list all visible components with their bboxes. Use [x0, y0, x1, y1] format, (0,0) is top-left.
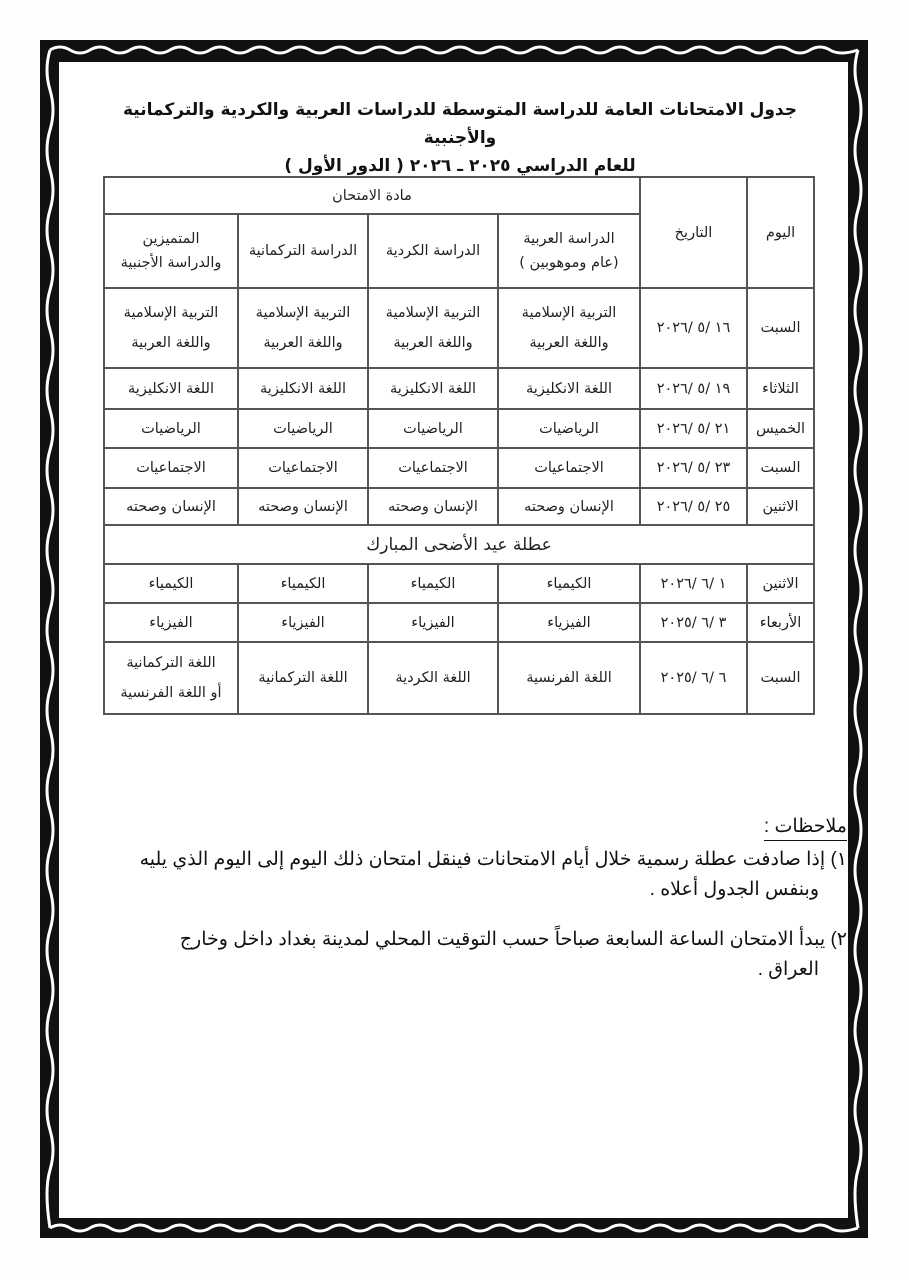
cell-day: السبت [747, 642, 814, 714]
header-arabic-study: الدراسة العربية (عام وموهوبين ) [498, 214, 640, 288]
table-row: الاثنين ٢٥ /٥ /٢٠٢٦ الإنسان وصحته الإنسا… [104, 488, 814, 525]
header-foreign-study: المتميزين والدراسة الأجنبية [104, 214, 238, 288]
cell-arabic: اللغة الانكليزية [498, 368, 640, 409]
cell-turkmen: الكيمياء [238, 564, 368, 603]
cell-day: الأربعاء [747, 603, 814, 642]
cell-kurdish: الإنسان وصحته [368, 488, 498, 525]
cell-kurdish: الكيمياء [368, 564, 498, 603]
cell-foreign: الكيمياء [104, 564, 238, 603]
cell-turkmen: الفيزياء [238, 603, 368, 642]
header-turkmen-study: الدراسة التركمانية [238, 214, 368, 288]
holiday-label: عطلة عيد الأضحى المبارك [104, 525, 814, 564]
cell-date: ١ /٦ /٢٠٢٦ [640, 564, 747, 603]
cell-arabic: اللغة الفرنسية [498, 642, 640, 714]
table-row: الأربعاء ٣ /٦ /٢٠٢٥ الفيزياء الفيزياء ال… [104, 603, 814, 642]
header-subject-group: مادة الامتحان [104, 177, 640, 214]
document-page: جدول الامتحانات العامة للدراسة المتوسطة … [0, 0, 909, 1280]
cell-arabic: الاجتماعيات [498, 448, 640, 488]
table-header-row: اليوم التاريخ مادة الامتحان [104, 177, 814, 214]
cell-date: ٢٥ /٥ /٢٠٢٦ [640, 488, 747, 525]
note-line: العراق . [95, 955, 847, 985]
cell-date: ٢١ /٥ /٢٠٢٦ [640, 409, 747, 448]
cell-foreign: الاجتماعيات [104, 448, 238, 488]
cell-arabic: الفيزياء [498, 603, 640, 642]
table-row: السبت ٦ /٦ /٢٠٢٥ اللغة الفرنسية اللغة ال… [104, 642, 814, 714]
cell-foreign: الإنسان وصحته [104, 488, 238, 525]
header-date: التاريخ [640, 177, 747, 288]
cell-day: الاثنين [747, 564, 814, 603]
notes-section: ملاحظات : ١) إذا صادفت عطلة رسمية خلال أ… [95, 812, 847, 985]
cell-foreign: الرياضيات [104, 409, 238, 448]
cell-arabic: الإنسان وصحته [498, 488, 640, 525]
note-line: ٢) يبدأ الامتحان الساعة السابعة صباحاً ح… [95, 925, 847, 955]
title-line-1: جدول الامتحانات العامة للدراسة المتوسطة … [90, 96, 830, 152]
cell-day: السبت [747, 288, 814, 368]
table-row: السبت ٢٣ /٥ /٢٠٢٦ الاجتماعيات الاجتماعيا… [104, 448, 814, 488]
note-item: ١) إذا صادفت عطلة رسمية خلال أيام الامتح… [95, 845, 847, 905]
header-foreign-line1: المتميزين [109, 227, 233, 251]
cell-kurdish: الفيزياء [368, 603, 498, 642]
cell-turkmen: التربية الإسلامية واللغة العربية [238, 288, 368, 368]
cell-day: السبت [747, 448, 814, 488]
cell-kurdish: اللغة الكردية [368, 642, 498, 714]
note-line: وبنفس الجدول أعلاه . [95, 875, 847, 905]
note-line: ١) إذا صادفت عطلة رسمية خلال أيام الامتح… [95, 845, 847, 875]
exam-schedule-table: اليوم التاريخ مادة الامتحان الدراسة العر… [103, 176, 815, 715]
cell-foreign: التربية الإسلامية واللغة العربية [104, 288, 238, 368]
cell-date: ٦ /٦ /٢٠٢٥ [640, 642, 747, 714]
table-row: الاثنين ١ /٦ /٢٠٢٦ الكيمياء الكيمياء الك… [104, 564, 814, 603]
cell-day: الخميس [747, 409, 814, 448]
header-foreign-line2: والدراسة الأجنبية [109, 251, 233, 275]
cell-kurdish: الاجتماعيات [368, 448, 498, 488]
header-arabic-line1: الدراسة العربية [503, 227, 635, 251]
cell-arabic: الرياضيات [498, 409, 640, 448]
cell-day: الثلاثاء [747, 368, 814, 409]
cell-date: ١٦ /٥ /٢٠٢٦ [640, 288, 747, 368]
cell-arabic: التربية الإسلامية واللغة العربية [498, 288, 640, 368]
cell-foreign: اللغة التركمانية أو اللغة الفرنسية [104, 642, 238, 714]
cell-foreign-line2: أو اللغة الفرنسية [109, 678, 233, 708]
cell-arabic: الكيمياء [498, 564, 640, 603]
header-kurdish-study: الدراسة الكردية [368, 214, 498, 288]
page-title: جدول الامتحانات العامة للدراسة المتوسطة … [90, 96, 830, 180]
cell-kurdish: اللغة الانكليزية [368, 368, 498, 409]
cell-kurdish: التربية الإسلامية واللغة العربية [368, 288, 498, 368]
cell-turkmen: اللغة الانكليزية [238, 368, 368, 409]
cell-foreign: اللغة الانكليزية [104, 368, 238, 409]
cell-date: ١٩ /٥ /٢٠٢٦ [640, 368, 747, 409]
header-arabic-line2: (عام وموهوبين ) [503, 251, 635, 275]
cell-foreign: الفيزياء [104, 603, 238, 642]
cell-turkmen: الرياضيات [238, 409, 368, 448]
cell-day: الاثنين [747, 488, 814, 525]
cell-turkmen: اللغة التركمانية [238, 642, 368, 714]
cell-kurdish: الرياضيات [368, 409, 498, 448]
header-day: اليوم [747, 177, 814, 288]
cell-date: ٣ /٦ /٢٠٢٥ [640, 603, 747, 642]
table-row: السبت ١٦ /٥ /٢٠٢٦ التربية الإسلامية والل… [104, 288, 814, 368]
cell-foreign-line1: اللغة التركمانية [109, 648, 233, 678]
holiday-row: عطلة عيد الأضحى المبارك [104, 525, 814, 564]
cell-date: ٢٣ /٥ /٢٠٢٦ [640, 448, 747, 488]
cell-turkmen: الإنسان وصحته [238, 488, 368, 525]
note-item: ٢) يبدأ الامتحان الساعة السابعة صباحاً ح… [95, 925, 847, 985]
notes-heading: ملاحظات : [764, 814, 847, 841]
table-row: الثلاثاء ١٩ /٥ /٢٠٢٦ اللغة الانكليزية ال… [104, 368, 814, 409]
cell-turkmen: الاجتماعيات [238, 448, 368, 488]
table-row: الخميس ٢١ /٥ /٢٠٢٦ الرياضيات الرياضيات ا… [104, 409, 814, 448]
